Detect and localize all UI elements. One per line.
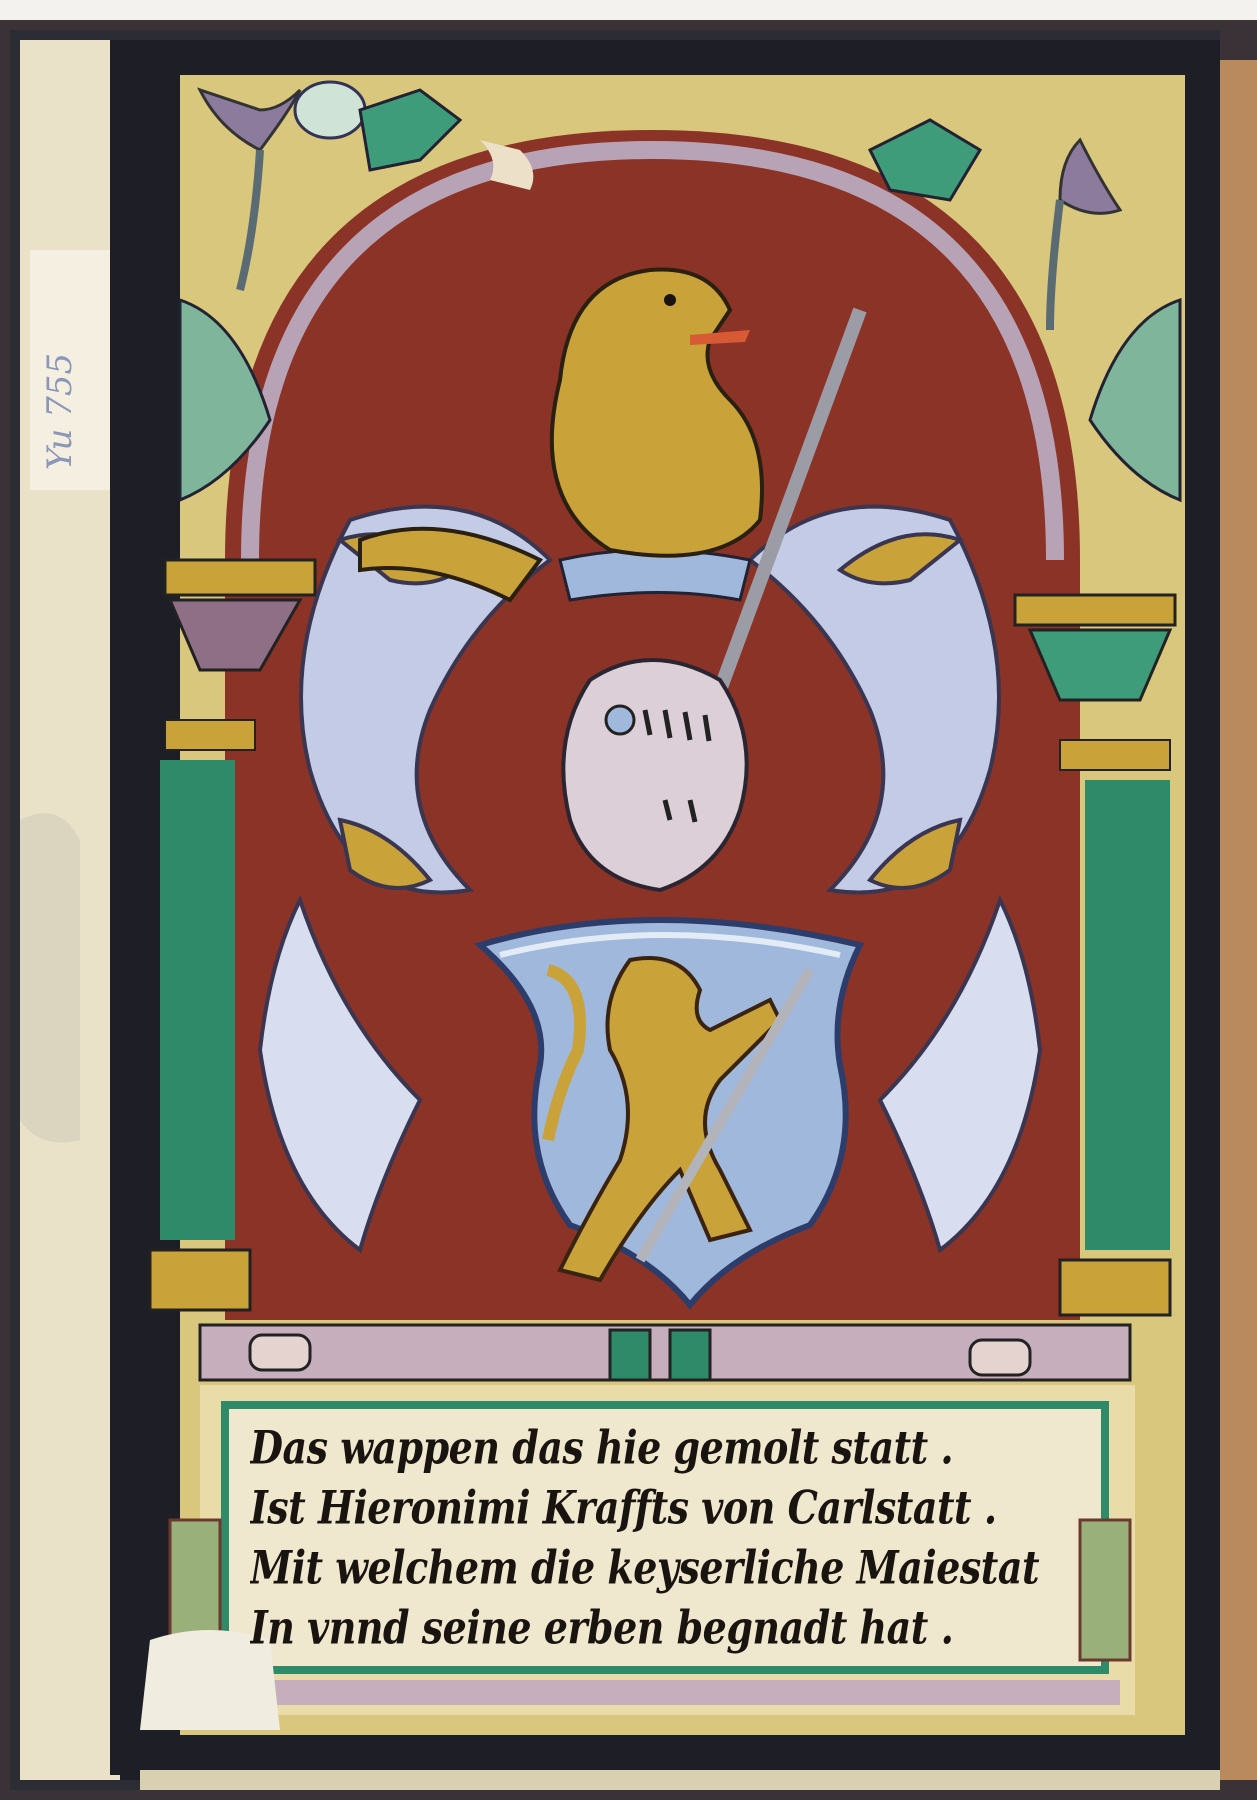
shelfmark-label: Yu 755 [40, 353, 80, 470]
crest-torse [560, 550, 750, 600]
inscription-pillar-right [1080, 1520, 1130, 1660]
column-base-right [1060, 1260, 1170, 1315]
board-edge-right [1215, 60, 1257, 1780]
inscription-line: Ist Hieronimi Kraffts von Carlstatt . [250, 1478, 1040, 1538]
column-base-left [150, 1250, 250, 1310]
column-right [1085, 780, 1170, 1250]
inscription-line: Das wappen das hie gemolt statt . [250, 1418, 1040, 1478]
paint-loss-left-strip [20, 813, 80, 1142]
scroll-right [970, 1340, 1030, 1375]
bottom-edge [140, 1770, 1220, 1790]
inscription-line: Mit welchem die keyserliche Maiestat . [250, 1538, 1040, 1598]
manuscript-page: Yu 755 Das wappen das hie gemolt statt .… [0, 0, 1257, 1800]
inscription-text: Das wappen das hie gemolt statt . Ist Hi… [250, 1418, 1040, 1670]
lower-band [215, 1680, 1120, 1705]
inscription-line: In vnnd seine erben begnadt hat . [250, 1598, 1040, 1658]
green-clasp-left [610, 1330, 650, 1380]
scroll-left [250, 1335, 310, 1370]
column-left [160, 760, 235, 1240]
green-clasp-right [670, 1330, 710, 1380]
